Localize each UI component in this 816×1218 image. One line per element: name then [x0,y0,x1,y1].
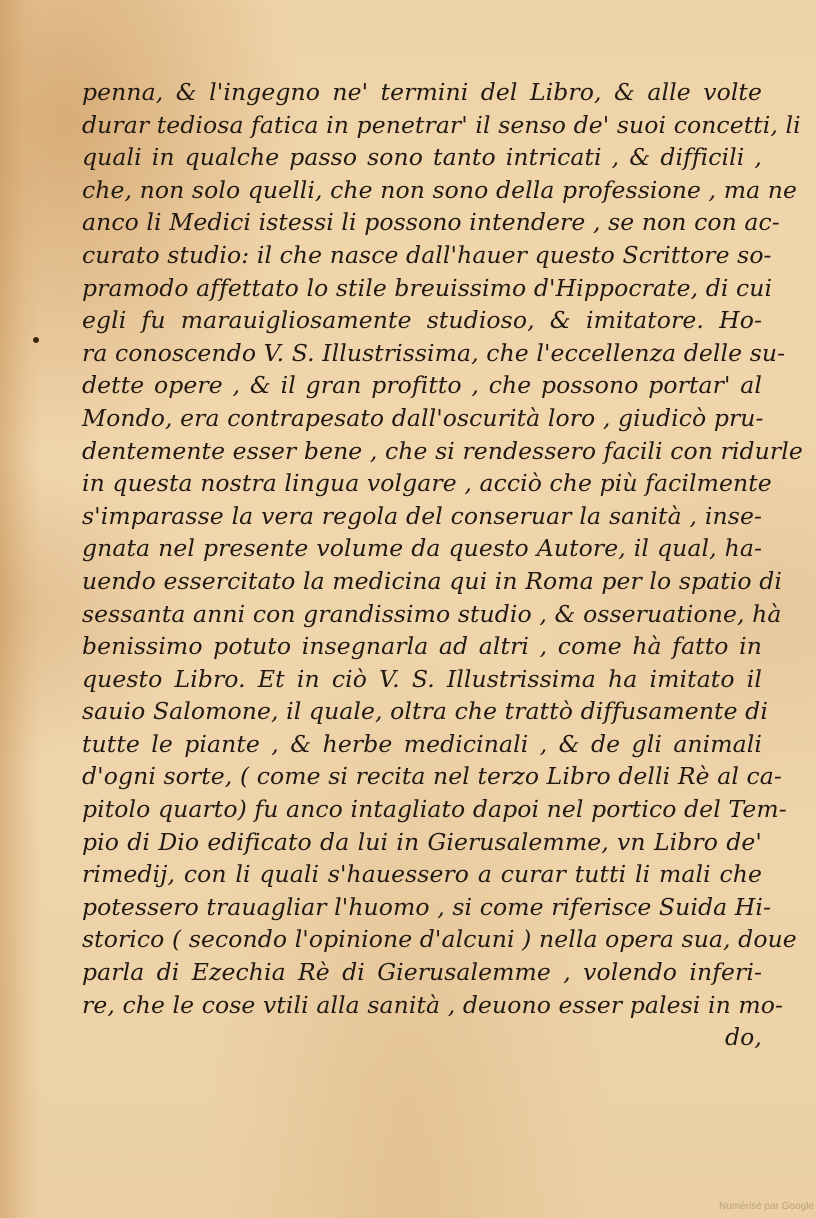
text-line: ra conoscendo V. S. Illustrissima, che l… [82,337,762,370]
text-line: sessanta anni con grandissimo studio , &… [82,598,762,631]
text-line: potessero trauagliar l'huomo , si come r… [82,891,762,924]
text-line: penna, & l'ingegno ne' termini del Libro… [82,76,762,109]
text-line: rimedij, con li quali s'hauessero a cura… [82,858,762,891]
text-line: curato studio: il che nasce dall'hauer q… [82,239,762,272]
text-line: che, non solo quelli, che non sono della… [82,174,762,207]
page-gutter-shadow [0,0,42,1218]
text-line: sauio Salomone, il quale, oltra che trat… [82,695,762,728]
scanned-book-page: penna, & l'ingegno ne' termini del Libro… [0,0,816,1218]
text-line: Mondo, era contrapesato dall'oscurità lo… [82,402,762,435]
text-line: egli fu marauigliosamente studioso, & im… [82,304,762,337]
text-line: s'imparasse la vera regola del conseruar… [82,500,762,533]
text-line: parla di Ezechia Rè di Gierusalemme , vo… [82,956,762,989]
text-line: durar tediosa fatica in penetrar' il sen… [82,109,762,142]
text-line: tutte le piante , & herbe medicinali , &… [82,728,762,761]
text-line: quali in qualche passo sono tanto intric… [82,141,762,174]
text-line: in questa nostra lingua volgare , acciò … [82,467,762,500]
text-line: storico ( secondo l'opinione d'alcuni ) … [82,923,762,956]
text-line: pio di Dio edificato da lui in Gierusale… [82,826,762,859]
text-line: re, che le cose vtili alla sanità , deuo… [82,989,762,1022]
text-line: d'ogni sorte, ( come si recita nel terzo… [82,760,762,793]
text-line: pitolo quarto) fu anco intagliato dapoi … [82,793,762,826]
catchword: do, [82,1021,762,1054]
text-line: gnata nel presente volume da questo Auto… [82,532,762,565]
body-text: penna, & l'ingegno ne' termini del Libro… [82,76,762,1054]
text-line: anco li Medici istessi li possono intend… [82,206,762,239]
text-line: benissimo potuto insegnarla ad altri , c… [82,630,762,663]
text-line: questo Libro. Et in ciò V. S. Illustriss… [82,663,762,696]
text-line: dette opere , & il gran profitto , che p… [82,369,762,402]
text-line: uendo essercitato la medicina qui in Rom… [82,565,762,598]
text-line: dentemente esser bene , che si rendesser… [82,435,762,468]
ink-spot [33,337,39,343]
digitization-watermark: Numérisé par Google [719,1201,814,1212]
text-line: pramodo affettato lo stile breuissimo d'… [82,272,762,305]
